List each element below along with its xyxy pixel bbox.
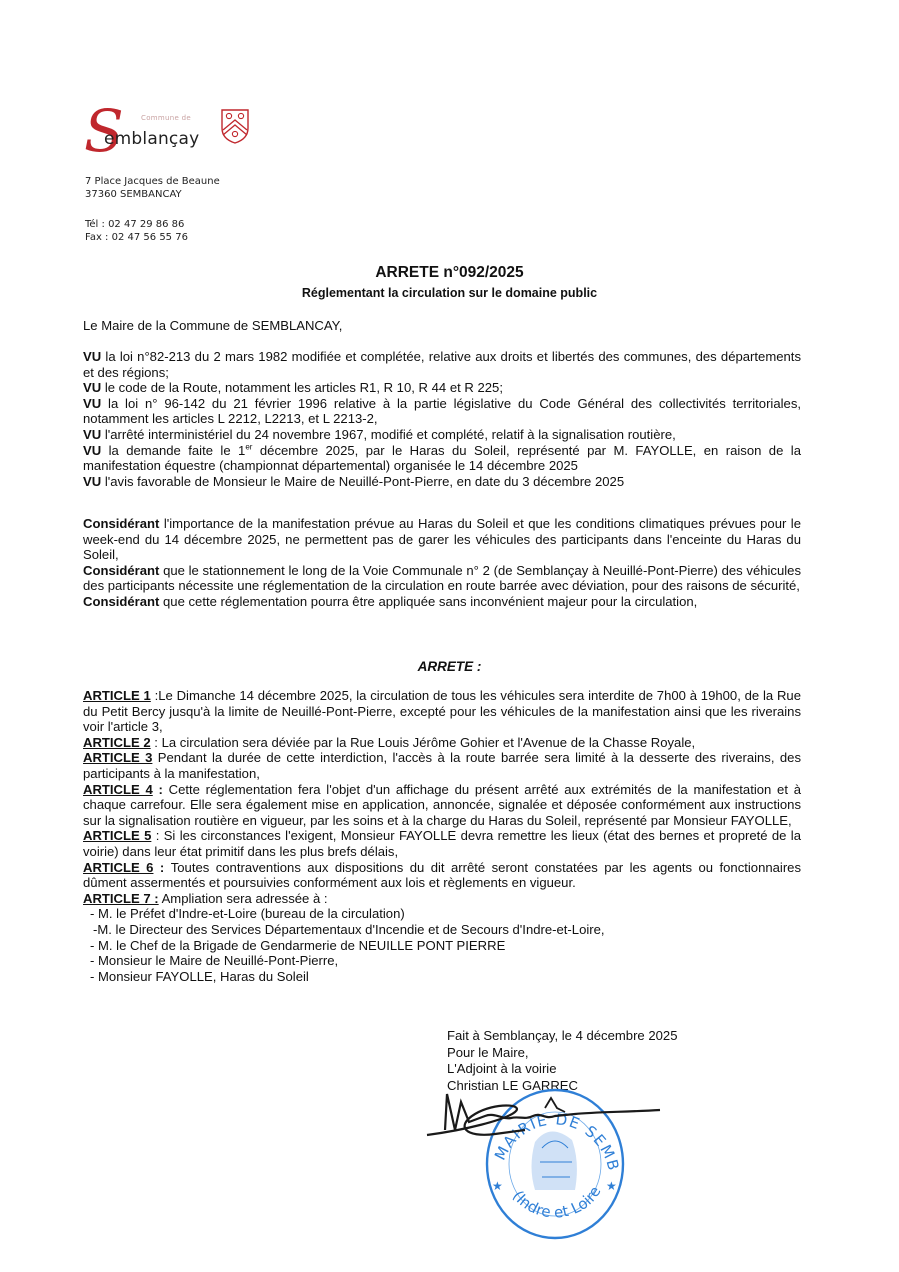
vu-item: VU la loi n° 96-142 du 21 février 1996 r… — [83, 396, 801, 427]
address-block: 7 Place Jacques de Beaune 37360 SEMBANCA… — [85, 175, 220, 201]
intro-line: Le Maire de la Commune de SEMBLANCAY, — [83, 318, 801, 334]
contact-block: Tél : 02 47 29 86 86 Fax : 02 47 56 55 7… — [85, 218, 188, 244]
vu-item: VU la demande faite le 1er décembre 2025… — [83, 443, 801, 474]
document-page: Commune de S emblançay 7 Place Jacques d… — [0, 0, 899, 1272]
vu-item: VU l'avis favorable de Monsieur le Maire… — [83, 474, 801, 490]
phone: Tél : 02 47 29 86 86 — [85, 218, 188, 231]
considerant-item: Considérant que le stationnement le long… — [83, 563, 801, 594]
article-6: ARTICLE 6 : Toutes contraventions aux di… — [83, 860, 801, 891]
vu-item: VU l'arrêté interministériel du 24 novem… — [83, 427, 801, 443]
article-4: ARTICLE 4 : Cette réglementation fera l'… — [83, 782, 801, 829]
considerant-section: Considérant l'importance de la manifesta… — [83, 516, 801, 610]
recipient-item: - M. le Chef de la Brigade de Gendarmeri… — [83, 938, 801, 954]
article-1: ARTICLE 1 :Le Dimanche 14 décembre 2025,… — [83, 688, 801, 735]
article-7: ARTICLE 7 : Ampliation sera adressée à : — [83, 891, 801, 907]
vu-item: VU le code de la Route, notamment les ar… — [83, 380, 801, 396]
recipient-item: - Monsieur FAYOLLE, Haras du Soleil — [83, 969, 801, 985]
document-subtitle: Réglementant la circulation sur le domai… — [0, 286, 899, 300]
svg-text:★: ★ — [606, 1179, 617, 1193]
recipients-list: - M. le Préfet d'Indre-et-Loire (bureau … — [83, 906, 801, 984]
article-2: ARTICLE 2 : La circulation sera déviée p… — [83, 735, 801, 751]
vu-item: VU la loi n°82-213 du 2 mars 1982 modifi… — [83, 349, 801, 380]
place-date: Fait à Semblançay, le 4 décembre 2025 — [447, 1028, 677, 1045]
fax: Fax : 02 47 56 55 76 — [85, 231, 188, 244]
considerant-item: Considérant l'importance de la manifesta… — [83, 516, 801, 563]
signatory-for: Pour le Maire, — [447, 1045, 677, 1062]
arrete-heading: ARRETE : — [0, 659, 899, 674]
document-title: ARRETE n°092/2025 — [0, 264, 899, 282]
address-line-1: 7 Place Jacques de Beaune — [85, 175, 220, 188]
commune-logo: Commune de S emblançay — [84, 108, 259, 160]
address-line-2: 37360 SEMBANCAY — [85, 188, 220, 201]
svg-text:★: ★ — [492, 1179, 503, 1193]
article-3: ARTICLE 3 Pendant la durée de cette inte… — [83, 750, 801, 781]
signatory-role: L'Adjoint à la voirie — [447, 1061, 677, 1078]
articles-section: ARTICLE 1 :Le Dimanche 14 décembre 2025,… — [83, 688, 801, 984]
vu-section: VU la loi n°82-213 du 2 mars 1982 modifi… — [83, 349, 801, 489]
recipient-item: - M. le Préfet d'Indre-et-Loire (bureau … — [83, 906, 801, 922]
handwritten-signature-icon — [425, 1090, 665, 1150]
article-5: ARTICLE 5 : Si les circonstances l'exige… — [83, 828, 801, 859]
coat-of-arms-icon — [220, 108, 250, 144]
recipient-item: - Monsieur le Maire de Neuillé-Pont-Pier… — [83, 953, 801, 969]
considerant-item: Considérant que cette réglementation pou… — [83, 594, 801, 610]
logo-name: emblançay — [104, 129, 199, 149]
logo-small-label: Commune de — [141, 114, 191, 122]
recipient-item: -M. le Directeur des Services Départemen… — [83, 922, 801, 938]
